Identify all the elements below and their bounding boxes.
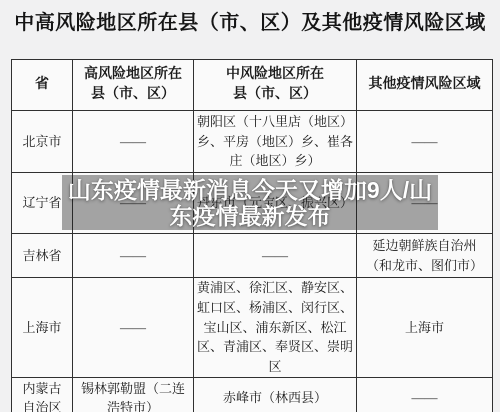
cell-other: —— bbox=[357, 111, 493, 173]
col-header-high-risk: 高风险地区所在 县（市、区） bbox=[73, 60, 194, 111]
col-header-other: 其他疫情风险区域 bbox=[357, 60, 493, 111]
cell-province: 吉林省 bbox=[12, 234, 73, 278]
cell-high-risk: 锡林郭勒盟（二连浩特市） bbox=[73, 377, 194, 412]
news-caption-overlay: 山东疫情最新消息今天又增加9人/山 东疫情最新发布 bbox=[62, 175, 438, 230]
table-row: 吉林省 —— —— 延边朝鲜族自治州（和龙市、图们市） bbox=[12, 234, 493, 278]
cell-mid-risk: 朝阳区（十八里店（地区）乡、平房（地区）乡、崔各庄（地区）乡） bbox=[194, 111, 357, 173]
cell-mid-risk: 赤峰市（林西县） bbox=[194, 377, 357, 412]
table-row: 上海市 —— 黄浦区、徐汇区、静安区、虹口区、杨浦区、闵行区、宝山区、浦东新区、… bbox=[12, 278, 493, 378]
cell-province: 内蒙古自治区 bbox=[12, 377, 73, 412]
cell-other: 延边朝鲜族自治州（和龙市、图们市） bbox=[357, 234, 493, 278]
cell-other: —— bbox=[357, 377, 493, 412]
cell-mid-risk: 黄浦区、徐汇区、静安区、虹口区、杨浦区、闵行区、宝山区、浦东新区、松江区、青浦区… bbox=[194, 278, 357, 378]
col-header-province: 省 bbox=[12, 60, 73, 111]
cell-high-risk: —— bbox=[73, 111, 194, 173]
cell-high-risk: —— bbox=[73, 278, 194, 378]
cell-mid-risk: —— bbox=[194, 234, 357, 278]
cell-high-risk: —— bbox=[73, 234, 194, 278]
table-row: 内蒙古自治区 锡林郭勒盟（二连浩特市） 赤峰市（林西县） —— bbox=[12, 377, 493, 412]
cell-other: 上海市 bbox=[357, 278, 493, 378]
risk-area-table: 省 高风险地区所在 县（市、区） 中风险地区所在 县（市、区） 其他疫情风险区域… bbox=[11, 59, 493, 412]
cell-province: 北京市 bbox=[12, 111, 73, 173]
table-header-row: 省 高风险地区所在 县（市、区） 中风险地区所在 县（市、区） 其他疫情风险区域 bbox=[12, 60, 493, 111]
table-row: 北京市 —— 朝阳区（十八里店（地区）乡、平房（地区）乡、崔各庄（地区）乡） —… bbox=[12, 111, 493, 173]
page-title: 中高风险地区所在县（市、区）及其他疫情风险区域 bbox=[0, 6, 500, 35]
news-caption-text: 山东疫情最新消息今天又增加9人/山 东疫情最新发布 bbox=[68, 177, 432, 229]
col-header-mid-risk: 中风险地区所在 县（市、区） bbox=[194, 60, 357, 111]
cell-province: 上海市 bbox=[12, 278, 73, 378]
